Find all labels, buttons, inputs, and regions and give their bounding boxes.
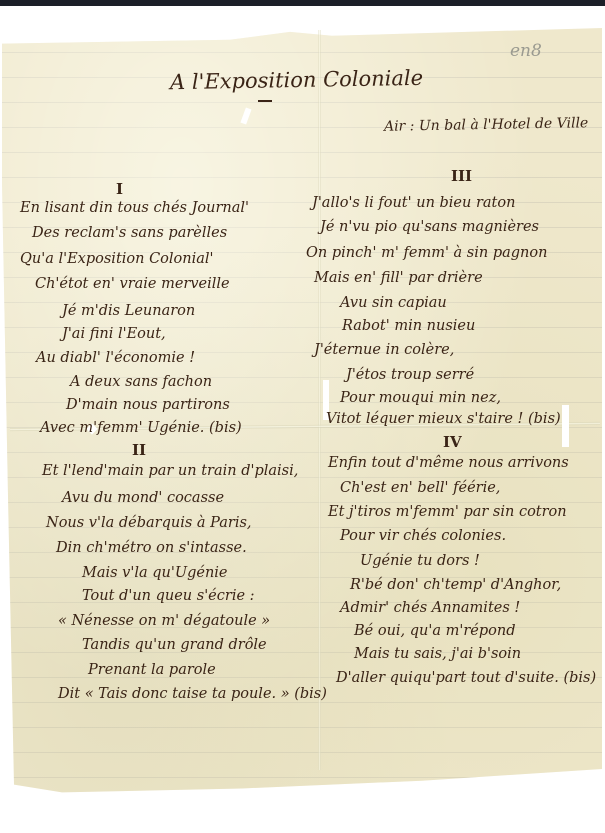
verse-line: Tout d'un queu s'écrie : (82, 588, 255, 604)
verse-line: Pour mouqui min nez, (340, 390, 501, 406)
verse-line: Mais en' fill' par drière (314, 270, 483, 286)
verse-line: J'étos troup serré (346, 367, 474, 383)
pencil-annotation: en8 (510, 41, 542, 61)
top-bar (0, 0, 605, 6)
verse-line: D'aller quiqu'part tout d'suite. (bis) (336, 670, 596, 686)
verse-line: Rabot' min nusieu (342, 318, 475, 334)
verse-line: Et j'tiros m'femm' par sin cotron (328, 504, 567, 520)
verse-line: J'allo's li fout' un bieu raton (312, 195, 515, 211)
verse-line: Dit « Tais donc taise ta poule. » (bis) (58, 686, 327, 702)
verse-line: Ugénie tu dors ! (360, 553, 480, 569)
verse-line: « Nénesse on m' dégatoule » (58, 613, 270, 629)
verse-line: Mais v'la qu'Ugénie (82, 565, 228, 581)
verse-line: Vitot léquer mieux s'taire ! (bis) (326, 411, 561, 427)
verse-line: Admir' chés Annamites ! (340, 600, 520, 616)
verse-line: Avu du mond' cocasse (62, 490, 224, 506)
stanza-numeral-4: IV (443, 433, 462, 451)
verse-line: Enfin tout d'même nous arrivons (328, 455, 569, 471)
verse-line: Des reclam's sans parèlles (32, 225, 227, 241)
verse-line: Pour vir chés colonies. (340, 528, 506, 544)
song-title: A l'Exposition Coloniale (170, 66, 423, 94)
title-underline (258, 100, 272, 102)
verse-line: Jé m'dis Leunaron (62, 303, 195, 319)
verse-line: Ch'étot en' vraie merveille (35, 276, 230, 292)
verse-line: Qu'a l'Exposition Colonial' (20, 251, 214, 267)
stanza-numeral-3: III (451, 167, 472, 185)
vertical-fold-crease (318, 30, 321, 770)
verse-line: R'bé don' ch'temp' d'Anghor, (350, 577, 561, 593)
verse-line: D'main nous partirons (66, 397, 230, 413)
verse-line: Prenant la parole (88, 662, 216, 678)
verse-line: Jé n'vu pio qu'sans magnières (320, 219, 539, 235)
verse-line: Ch'est en' bell' féérie, (340, 480, 500, 496)
paper-tear (562, 405, 569, 447)
verse-line: Et l'lend'main par un train d'plaisi, (42, 463, 298, 479)
verse-line: Mais tu sais, j'ai b'soin (354, 646, 521, 662)
stanza-numeral-1: I (116, 180, 123, 198)
verse-line: Nous v'la débarquis à Paris, (46, 515, 252, 531)
verse-line: J'éternue in colère, (314, 342, 454, 358)
verse-line: Au diabl' l'économie ! (36, 350, 195, 366)
verse-line: A deux sans fachon (70, 374, 212, 390)
verse-line: En lisant din tous chés Journal' (20, 200, 249, 216)
verse-line: Bé oui, qu'a m'répond (354, 623, 516, 639)
verse-line: Din ch'métro on s'intasse. (56, 540, 247, 556)
verse-line: Avec m'femm' Ugénie. (bis) (40, 420, 242, 436)
stanza-numeral-2: II (132, 441, 146, 459)
verse-line: On pinch' m' femm' à sin pagnon (306, 245, 547, 261)
verse-line: J'ai fini l'Eout, (62, 326, 166, 342)
verse-line: Avu sin capiau (340, 295, 447, 311)
verse-line: Tandis qu'un grand drôle (82, 637, 267, 653)
